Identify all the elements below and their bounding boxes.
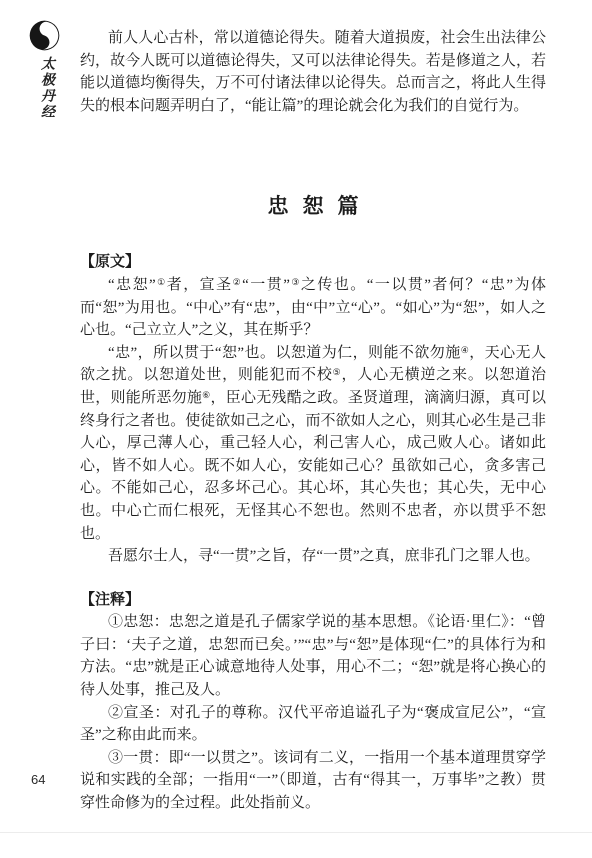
book-page: 太极丹经 64 前人人心古朴，常以道德论得失。随着大道损废，社会生出法律公约，故…: [0, 0, 592, 858]
original-paragraph-1: “忠恕”①者，宣圣②“一贯”③之传也。“一以贯”者何？“忠”为体而“恕”为用也。…: [80, 274, 546, 342]
note-paragraph-1: ①忠恕：忠恕之道是孔子儒家学说的基本思想。《论语·里仁》：“曾子曰：‘夫子之道，…: [80, 611, 546, 701]
page-content: 前人人心古朴，常以道德论得失。随着大道损废，社会生出法律公约，故今人既可以道德论…: [80, 0, 546, 815]
chapter-title: 忠恕篇: [80, 191, 546, 221]
original-paragraph-3: 吾愿尔士人，寻“一贯”之旨，存“一贯”之真，庶非孔门之罪人也。: [80, 545, 546, 568]
intro-paragraph: 前人人心古朴，常以道德论得失。随着大道损废，社会生出法律公约，故今人既可以道德论…: [80, 27, 546, 117]
section-heading-original: 【原文】: [80, 251, 546, 274]
page-margin-column: 太极丹经 64: [0, 0, 78, 858]
page-number: 64: [31, 772, 45, 787]
section-heading-notes: 【注释】: [80, 589, 546, 612]
note-paragraph-2: ②宣圣：对孔子的尊称。汉代平帝追谥孔子为“褒成宣尼公”，“宣圣”之称由此而来。: [80, 702, 546, 747]
yin-yang-icon: [29, 20, 60, 51]
book-title-vertical: 太极丹经: [36, 56, 56, 120]
original-paragraph-2: “忠”，所以贯于“恕”也。以恕道为仁，则能不欲勿施④，天心无人欲之扰。以恕道处世…: [80, 342, 546, 545]
note-paragraph-3: ③一贯：即“一以贯之”。该词有二义，一指用一个基本道理贯穿学说和实践的全部；一指…: [80, 747, 546, 815]
scan-artifact-line: [0, 832, 592, 833]
